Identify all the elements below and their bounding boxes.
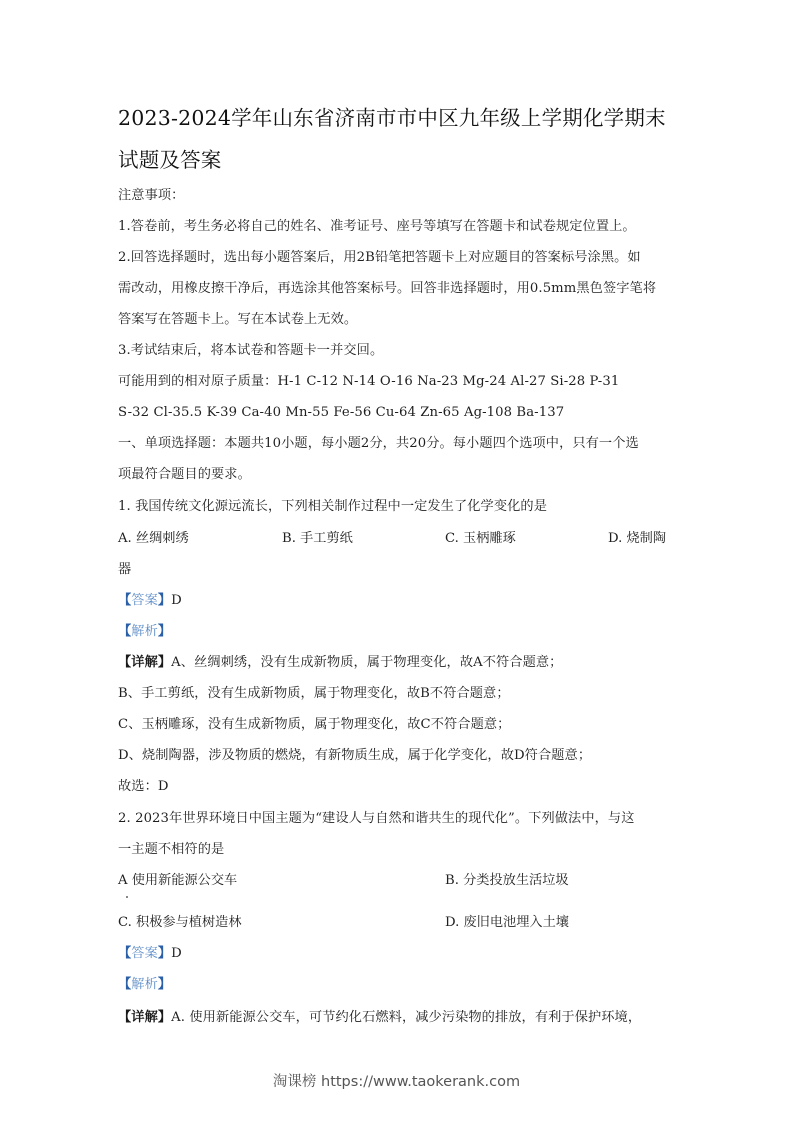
q1-analysis-label: 解析 [131,624,158,639]
document-title-line-2: 试题及答案 [118,149,688,171]
q2-option-d: D. 废旧电池埋入土壤 [445,915,569,931]
q2-answer: 【答案】D [118,946,182,962]
notice-item-3: 3.考试结束后，将本试卷和答题卡一并交回。 [118,343,383,359]
document-title-line-1: 2023-2024学年山东省济南市市中区九年级上学期化学期末 [118,107,688,129]
notice-item-1: 1.答卷前，考生务必将自己的姓名、准考证号、座号等填写在答题卡和试卷规定位置上。 [118,219,636,235]
q2-answer-value: D [171,946,182,961]
notice-item-2: 2.回答选择题时，选出每小题答案后，用2B铅笔把答题卡上对应题目的答案标号涂黑。… [118,250,641,266]
bracket-open: 【 [118,946,131,961]
q1-detail-label: 【详解】 [118,655,171,670]
q2-analysis-label: 解析 [131,977,158,992]
q1-answer: 【答案】D [118,593,182,609]
q1-detail-text-1: A、丝绸刺绣，没有生成新物质，属于物理变化，故A不符合题意； [171,655,562,670]
q1-stem: 1. 我国传统文化源远流长，下列相关制作过程中一定发生了化学变化的是 [118,499,547,515]
notice-item-2-cont: 需改动，用橡皮擦干净后，再选涂其他答案标号。回答非选择题时，用0.5mm黑色签字… [118,281,656,297]
q1-option-d-wrap: 器 [118,562,131,578]
q2-analysis: 【解析】 [118,977,171,993]
q2-option-a: A 使用新能源公交车 [118,873,237,889]
section-heading-line-1: 一、单项选择题：本题共10小题，每小题2分，共20分。每小题四个选项中，只有一个… [118,436,639,452]
bracket-open: 【 [118,624,131,639]
bracket-open: 【 [118,593,131,608]
q2-detail-text-1: A. 使用新能源公交车，可节约化石燃料，减少污染物的排放，有利于保护环境， [171,1010,641,1025]
q1-conclusion: 故选：D [118,779,169,795]
q1-answer-value: D [171,593,182,608]
bracket-close: 】 [158,593,171,608]
q1-option-b: B. 手工剪纸 [282,531,353,547]
bracket-open: 【 [118,977,131,992]
q1-option-c: C. 玉柄雕琢 [445,531,516,547]
q1-answer-label: 答案 [131,593,158,608]
atomic-masses-line-2: S-32 Cl-35.5 K-39 Ca-40 Mn-55 Fe-56 Cu-6… [118,405,564,421]
q1-option-d: D. 烧制陶 [608,531,666,547]
q2-stem-line-2: 一主题不相符的是 [118,842,224,858]
q2-detail-1: 【详解】A. 使用新能源公交车，可节约化石燃料，减少污染物的排放，有利于保护环境… [118,1010,641,1026]
q2-option-c: C. 积极参与植树造林 [118,915,242,931]
q1-detail-2: B、手工剪纸，没有生成新物质，属于物理变化，故B不符合题意； [118,686,510,702]
notice-item-2-cont2: 答案写在答题卡上。写在本试卷上无效。 [118,312,357,328]
q2-option-b: B. 分类投放生活垃圾 [445,873,569,889]
q1-detail-4: D、烧制陶器，涉及物质的燃烧，有新物质生成，属于化学变化，故D符合题意； [118,748,591,764]
section-heading-line-2: 项最符合题目的要求。 [118,467,251,483]
q1-analysis: 【解析】 [118,624,171,640]
q1-option-a: A. 丝绸刺绣 [118,531,189,547]
atomic-masses-line-1: 可能用到的相对原子质量：H-1 C-12 N-14 O-16 Na-23 Mg-… [118,374,619,390]
bracket-close: 】 [158,946,171,961]
bracket-close: 】 [158,977,171,992]
q2-answer-label: 答案 [131,946,158,961]
bracket-close: 】 [158,624,171,639]
q1-detail-1: 【详解】A、丝绸刺绣，没有生成新物质，属于物理变化，故A不符合题意； [118,655,562,671]
stray-dot [126,896,128,898]
q2-stem-line-1: 2. 2023年世界环境日中国主题为“建设人与自然和谐共生的现代化”。下列做法中… [118,811,635,827]
q1-detail-3: C、玉柄雕琢，没有生成新物质，属于物理变化，故C不符合题意； [118,717,510,733]
notice-heading: 注意事项： [118,188,184,204]
watermark-footer: 淘课榜 https://www.taokerank.com [0,1070,793,1091]
q2-detail-label: 【详解】 [118,1010,171,1025]
